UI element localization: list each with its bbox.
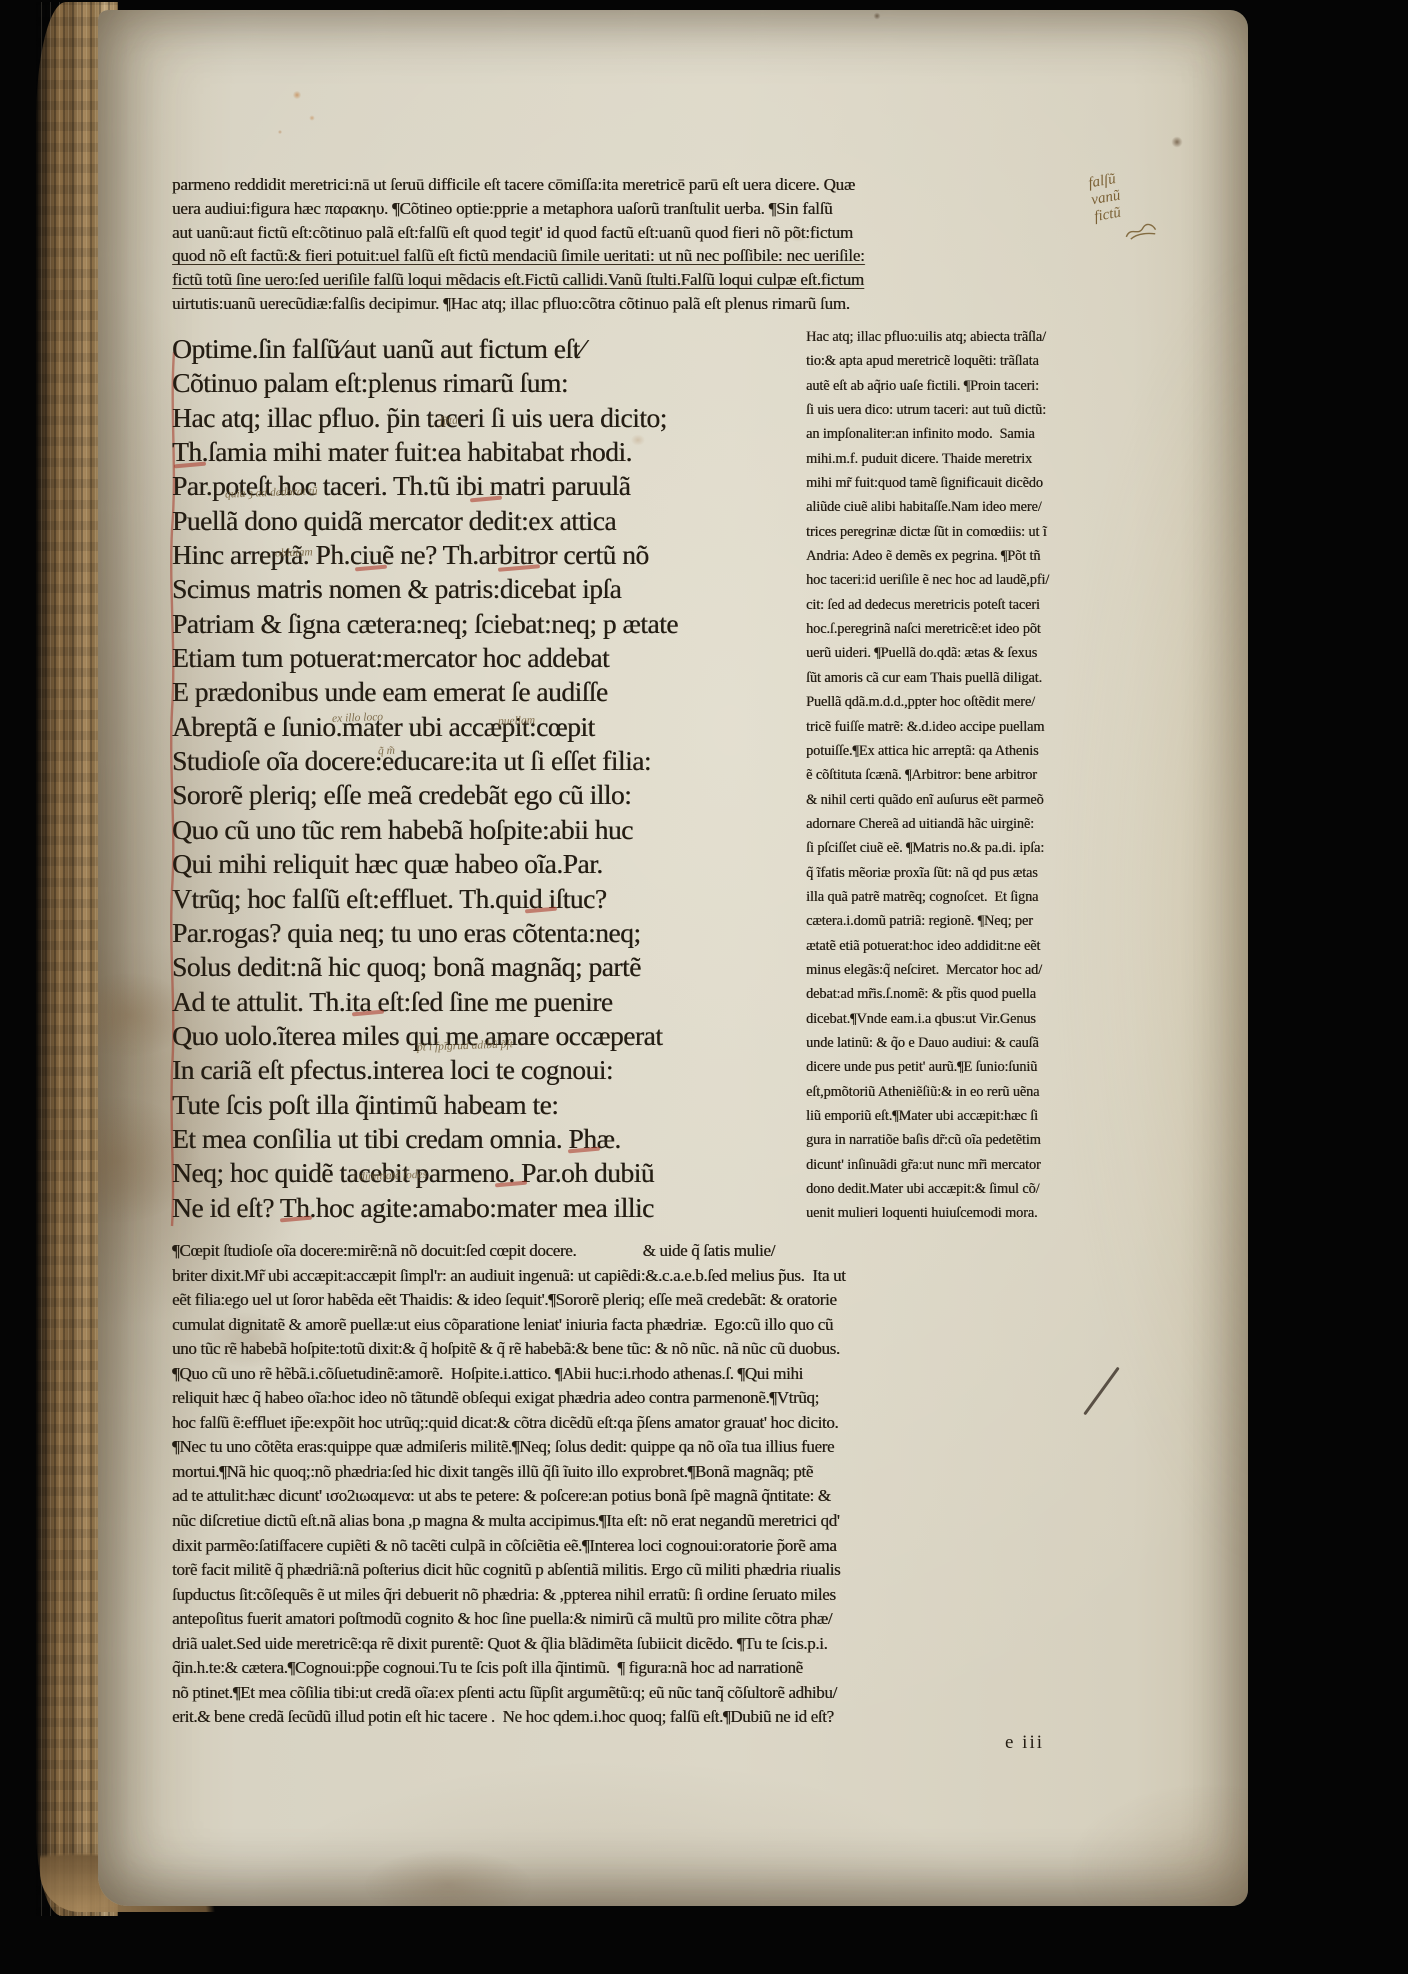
commentary-line: q̃in.h.te:& cætera.¶Cognoui:pp̃e cognoui… bbox=[172, 1656, 846, 1681]
verse-line: E prædonibus unde eam emerat ſe audiſſe bbox=[172, 675, 678, 709]
commentary-line: mortui.¶Nã hic quoq;:nõ phædria:ſed hic … bbox=[172, 1460, 846, 1485]
commentary-line: dixit parmẽo:ſatiſfacere cupiẽti & nõ ta… bbox=[172, 1534, 846, 1559]
commentary-line: eſt,pmõtoriũ Atheniẽſiũ:& in eo rerũ uẽn… bbox=[806, 1080, 1049, 1104]
commentary-line: nũc diſcretiue dictũ eſt.nã alias bona ,… bbox=[172, 1509, 846, 1534]
commentary-line: trices peregrinæ dictæ ſũt in comœdiis: … bbox=[806, 520, 1049, 544]
verse-line: Puellã dono quidã mercator dedit:ex atti… bbox=[172, 504, 678, 538]
verse-line: Abreptã e ſunio.mater ubi accæpit:cœpit bbox=[172, 710, 678, 744]
commentary-line: dicere unde pus petit' aurũ.¶E ſunio:ſun… bbox=[806, 1055, 1049, 1079]
commentary-line: briter dixit.Mr̃ ubi accæpit:accæpit ſim… bbox=[172, 1264, 846, 1289]
commentary-line: ¶Quo cũ uno rẽ hẽbã.i.cõſuetudinẽ:amorẽ.… bbox=[172, 1362, 846, 1387]
commentary-line: driã ualet.Sed uide meretricẽ:qa rẽ dixi… bbox=[172, 1632, 846, 1657]
verse-line: Ad te attulit. Th.ita eſt:ſed ſine me pu… bbox=[172, 985, 678, 1019]
commentary-line: Puellã qdã.m.d.d.,ppter hoc oſtẽdit mere… bbox=[806, 690, 1049, 714]
page: parmeno reddidit meretrici:nā ut ſeruū d… bbox=[98, 10, 1248, 1906]
commentary-line: debat:ad mr̃is.ſ.nomẽ: & pt̃is quod puel… bbox=[806, 982, 1049, 1006]
verse-line: Etiam tum potuerat:mercator hoc addebat bbox=[172, 641, 678, 675]
verse-line: Hac atq; illac pfluo. p̃in taceri ſi uis… bbox=[172, 401, 678, 435]
verse-line: In cariã eſt pfectus.interea loci te cog… bbox=[172, 1053, 678, 1087]
commentary-line: reliquit hæc q̃ habeo oĩa:hoc ideo nõ tã… bbox=[172, 1386, 846, 1411]
commentary-line: dicebat.¶Vnde eam.i.a qbus:ut Vir.Genus bbox=[806, 1007, 1049, 1031]
commentary-line: eẽt filia:ego uel ut ſoror habẽda eẽt Th… bbox=[172, 1288, 846, 1313]
commentary-column: Hac atq; illac pfluo:uilis atq; abiecta … bbox=[806, 325, 1049, 1226]
commentary-line: ætatẽ etiã potuerat:hoc ideo addidit:ne … bbox=[806, 934, 1049, 958]
commentary-line: cætera.i.domũ patriã: regionẽ. ¶Neq; per bbox=[806, 909, 1049, 933]
verse-line: Hinc arreptã. Ph.ciuẽ ne? Th.arbitror ce… bbox=[172, 538, 678, 572]
commentary-line: tio:& apta apud meretricẽ loquẽti: trãſl… bbox=[806, 349, 1049, 373]
commentary-line: Andria: Adeo ẽ demẽs ex pegrina. ¶Põt tñ bbox=[806, 544, 1049, 568]
commentary-line: uerũ uideri. ¶Puellã do.qdã: ætas & ſexu… bbox=[806, 641, 1049, 665]
commentary-line: liũ emporiũ eſt.¶Mater ubi accæpit:hæc ſ… bbox=[806, 1104, 1049, 1128]
commentary-line: hoc taceri:id ueriſile ẽ nec hoc ad laud… bbox=[806, 568, 1049, 592]
commentary-line: uenit mulieri loquenti huiuſcemodi mora. bbox=[806, 1201, 1049, 1225]
commentary-line: cumulat dignitatẽ & amorẽ puellæ:ut eius… bbox=[172, 1313, 846, 1338]
commentary-line: nõ ptinet.¶Et mea cõſilia tibi:ut credã … bbox=[172, 1681, 846, 1706]
commentary-line: gura in narratiõe baſis dr̃:cũ oĩa pedet… bbox=[806, 1128, 1049, 1152]
verse-line: Studioſe oĩa docere:educare:ita ut ſi eſ… bbox=[172, 744, 678, 778]
commentary-line: dono dedit.Mater ubi accæpit:& ſimul cõ/ bbox=[806, 1177, 1049, 1201]
verse-line: Sororẽ pleriq; eſſe meã credebãt ego cũ … bbox=[172, 778, 678, 812]
commentary-line: dicunt' inſinuãdi gr̃a:ut nunc mr̃i merc… bbox=[806, 1153, 1049, 1177]
commentary-line: hoc falſũ ẽ:effluet ip̃e:expõit hoc utrũ… bbox=[172, 1411, 846, 1436]
handwritten-gloss: ex illo loco bbox=[332, 711, 383, 725]
commentary-line: torẽ facit militẽ q̃ phædriã:nã poſteriu… bbox=[172, 1558, 846, 1583]
bottom-commentary-block: ¶Cœpit ſtudioſe oĩa docere:mirẽ:nã nõ do… bbox=[172, 1239, 846, 1730]
commentary-line: antepoſitus fuerit amatori poſtmodũ cogn… bbox=[172, 1607, 846, 1632]
pen-flourish-icon bbox=[1122, 218, 1159, 244]
photograph-of-incunable-page: parmeno reddidit meretrici:nā ut ſeruū d… bbox=[0, 0, 1408, 1974]
commentary-line: mihi mr̃ fuit:quod tamẽ ſignificauit dic… bbox=[806, 471, 1049, 495]
verse-line: Optime.ſin falſũ⁄aut uanũ aut fictum eſt… bbox=[172, 332, 678, 366]
commentary-line: erit.& bene credã ſecũdũ illud potin eſt… bbox=[172, 1705, 846, 1730]
marginal-note-handwritten: falſũ vanũ fictũ bbox=[1087, 165, 1159, 247]
commentary-line: mihi.m.f. puduit dicere. Thaide meretrix bbox=[806, 447, 1049, 471]
verse-line: Qui mihi reliquit hæc quæ habeo oĩa.Par. bbox=[172, 847, 678, 881]
commentary-line: Hac atq; illac pfluo:uilis atq; abiecta … bbox=[806, 325, 1049, 349]
commentary-line: uno tũc rẽ habebã hoſpite:totũ dixit:& q… bbox=[172, 1337, 846, 1362]
commentary-line: unde latinũ: & q̃o e Dauo audiui: & cauſ… bbox=[806, 1031, 1049, 1055]
commentary-line: ſi uis uera dico: utrum taceri: aut tuũ … bbox=[806, 398, 1049, 422]
text-line: aut uanũ:aut fictũ eſt:cõtinuo palã eſt:… bbox=[172, 221, 865, 245]
verse-text-column: Optime.ſin falſũ⁄aut uanũ aut fictum eſt… bbox=[172, 332, 678, 1225]
handwritten-gloss: i dimittatẽ ſodes bbox=[353, 1169, 427, 1184]
text-line: parmeno reddidit meretrici:nā ut ſeruū d… bbox=[172, 173, 865, 197]
handwritten-gloss: q̃ m̃ bbox=[378, 745, 395, 758]
commentary-line: ſũt amoris cã cur eam Thais puellã dilig… bbox=[806, 666, 1049, 690]
margin-pen-stroke bbox=[1083, 1367, 1120, 1416]
commentary-line: cit: ſed ad dedecus meretricis poteſt ta… bbox=[806, 593, 1049, 617]
commentary-line: ¶Nec tu uno cõtẽta eras:quippe quæ admiſ… bbox=[172, 1435, 846, 1460]
commentary-line: an impſonaliter:an infinito modo. Samia bbox=[806, 422, 1049, 446]
commentary-line: ẽ cõſtituta ſcænã. ¶Arbitror: bene arbit… bbox=[806, 763, 1049, 787]
verse-line: Scimus matris nomen & patris:dicebat ipſ… bbox=[172, 572, 678, 606]
commentary-line: hoc.ſ.peregrinã naſci meretricẽ:et ideo … bbox=[806, 617, 1049, 641]
commentary-line: tricẽ fuiſſe matrẽ: &.d.ideo accipe puel… bbox=[806, 715, 1049, 739]
commentary-line: ad te attulit:hæc dicunt' ισο2ιωαμενα: u… bbox=[172, 1484, 846, 1509]
verse-line: Solus dedit:nã hic quoq; bonã magnãq; pa… bbox=[172, 950, 678, 984]
verse-line: Vtrũq; hoc falſũ eſt:effluet. Th.quid iſ… bbox=[172, 882, 678, 916]
verse-line: Ne id eſt? Th.hoc agite:amabo:mater mea … bbox=[172, 1191, 678, 1225]
verse-line: Cõtinuo palam eſt:plenus rimarũ ſum: bbox=[172, 366, 678, 400]
commentary-line: illa quã patrẽ matrẽq; cognoſcet. Et ſig… bbox=[806, 885, 1049, 909]
verse-line: Par.rogas? quia neq; tu uno eras cõtenta… bbox=[172, 916, 678, 950]
commentary-line: q̃ ĩfatis mẽoriæ proxĩa ſũt: nã qd pus æ… bbox=[806, 861, 1049, 885]
commentary-line: minus elegãs:q̃ neſciret. Mercator hoc a… bbox=[806, 958, 1049, 982]
top-commentary-block: parmeno reddidit meretrici:nā ut ſeruū d… bbox=[172, 173, 865, 316]
verse-line: Tute ſcis poſt illa q̃intimũ habeam te: bbox=[172, 1088, 678, 1122]
commentary-line: & nihil certi quãdo enĩ auſurus eẽt parm… bbox=[806, 788, 1049, 812]
text-line: fictũ totũ ſine uero:ſed ueriſile falſũ … bbox=[172, 268, 865, 292]
text-line: quod nõ eſt factũ:& fieri potuit:uel fal… bbox=[172, 244, 865, 268]
verse-line: Et mea conſilia ut tibi credam omnia. Ph… bbox=[172, 1122, 678, 1156]
verse-line: Th.ſamia mihi mater fuit:ea habitabat rh… bbox=[172, 435, 678, 469]
commentary-line: autẽ eſt ab aq̃rio uaſe fictili. ¶Proin … bbox=[806, 374, 1049, 398]
commentary-line: ¶Cœpit ſtudioſe oĩa docere:mirẽ:nã nõ do… bbox=[172, 1239, 846, 1264]
commentary-line: ſi pſciſſet ciuẽ eẽ. ¶Matris no.& pa.di.… bbox=[806, 836, 1049, 860]
handwritten-gloss: oblatam bbox=[275, 546, 313, 559]
handwritten-gloss: puellam bbox=[498, 714, 535, 727]
handwritten-gloss: ſp̃ta bbox=[440, 415, 458, 428]
commentary-line: ſupductus ſit:cõſequẽs ẽ ut miles q̃ri d… bbox=[172, 1583, 846, 1608]
verse-line: Quo cũ uno tũc rem habebã hoſpite:abii h… bbox=[172, 813, 678, 847]
commentary-line: potuiſſe.¶Ex attica hic arreptã: qa Athe… bbox=[806, 739, 1049, 763]
commentary-line: adornare Chereã ad uitiandã hãc uirginẽ: bbox=[806, 812, 1049, 836]
quire-signature: e iii bbox=[1005, 1732, 1044, 1754]
text-line: uera audiui:figura hæc παρακηυ. ¶Cõtineo… bbox=[172, 197, 865, 221]
verse-line: Patriam & ſigna cætera:neq; ſciebat:neq;… bbox=[172, 607, 678, 641]
text-line: uirtutis:uanũ uerecũdiæ:falſis decipimur… bbox=[172, 292, 865, 316]
commentary-line: aliũde ciuẽ alibi habitaſſe.Nam ideo mer… bbox=[806, 495, 1049, 519]
